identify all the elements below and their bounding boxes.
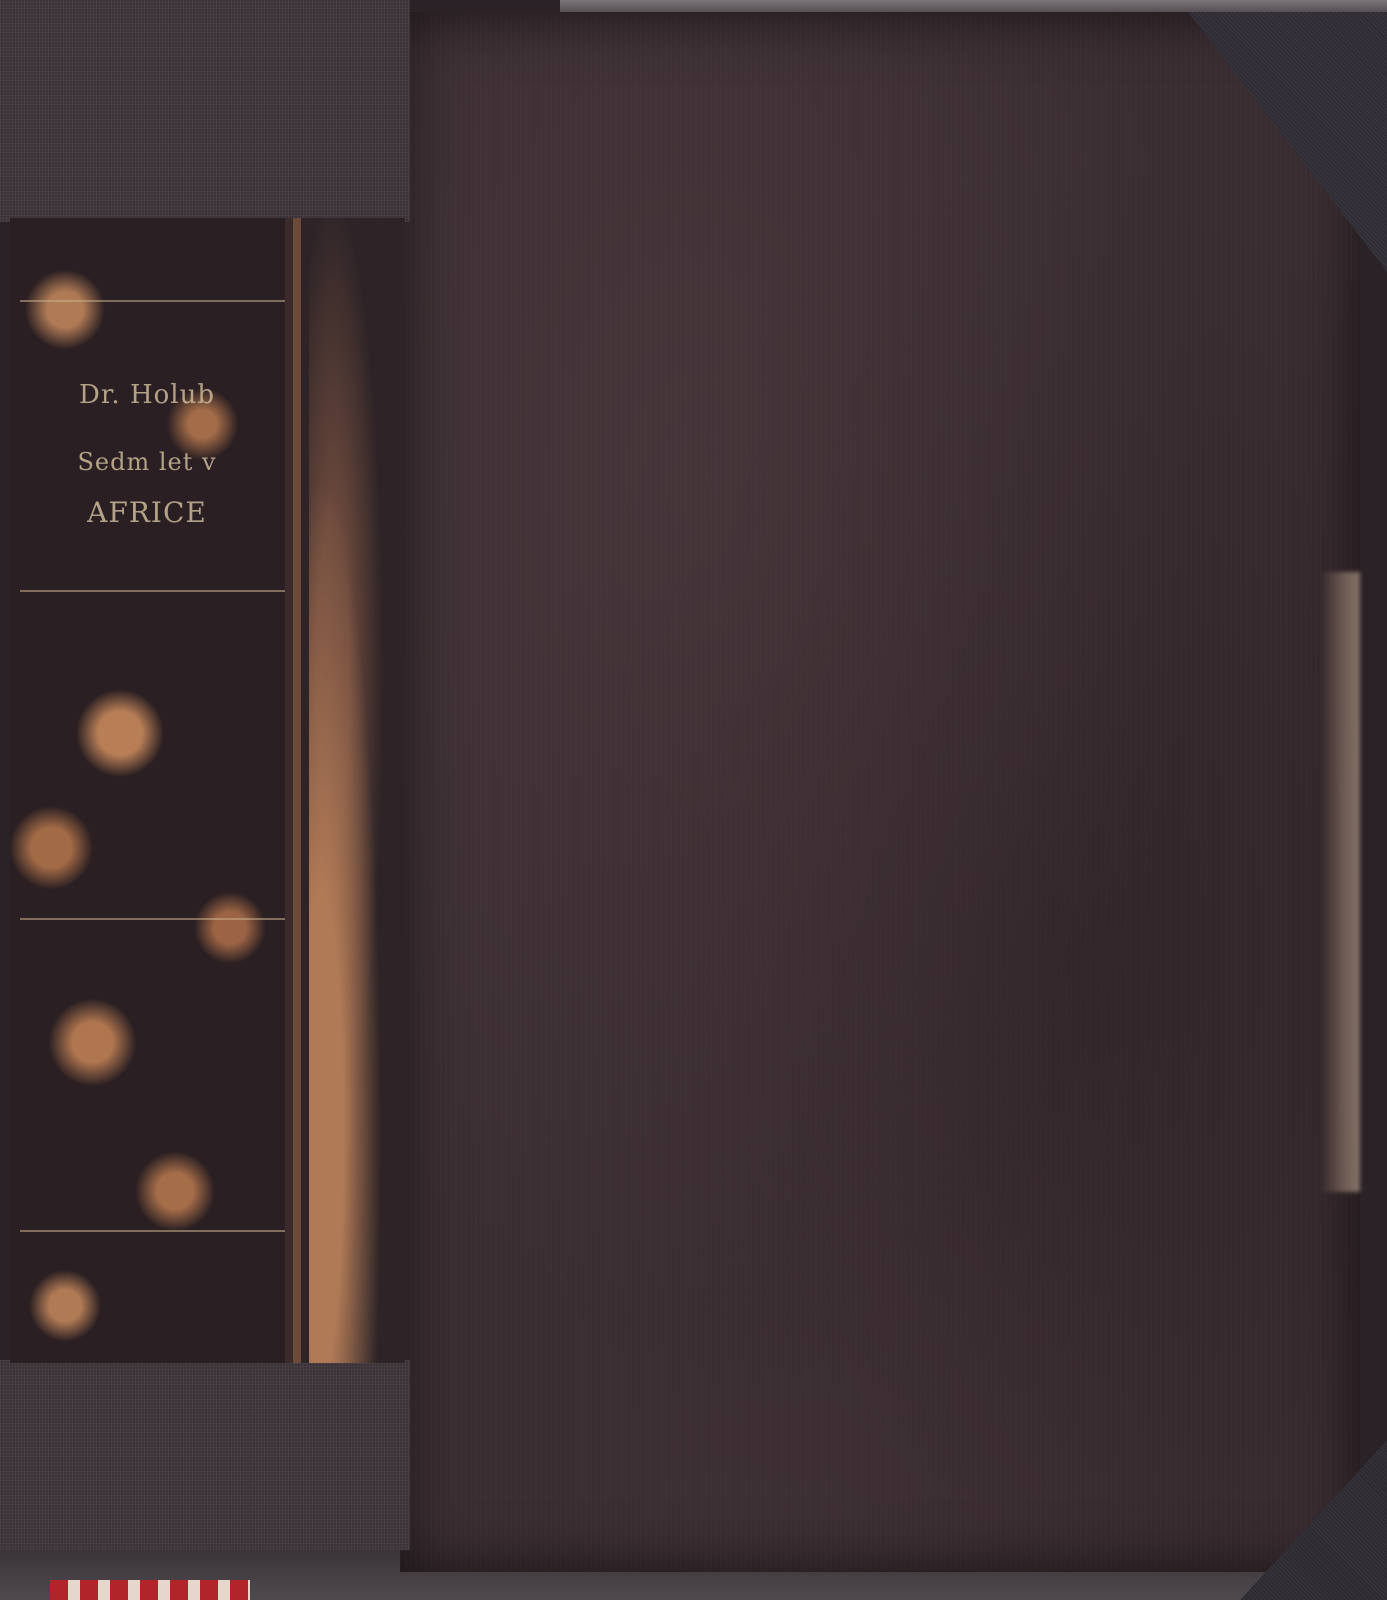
book-photo: Dr. Holub Sedm let v AFRICE [0,0,1387,1600]
spine-author: Dr. Holub [22,380,272,410]
gilt-rule [20,1230,285,1232]
gilt-rule [20,300,285,302]
gilt-rule [20,590,285,592]
spine-cloth-top [0,0,410,222]
gilt-rule [20,918,285,920]
spine-cloth-bottom [0,1360,410,1550]
shelf-label [50,1580,250,1600]
spine-title-line1: Sedm let v [22,448,272,476]
worn-edge [1320,572,1360,1192]
spine-hinge [285,218,405,1363]
front-cover [400,12,1360,1572]
spine-title-line2: AFRICE [22,496,272,529]
